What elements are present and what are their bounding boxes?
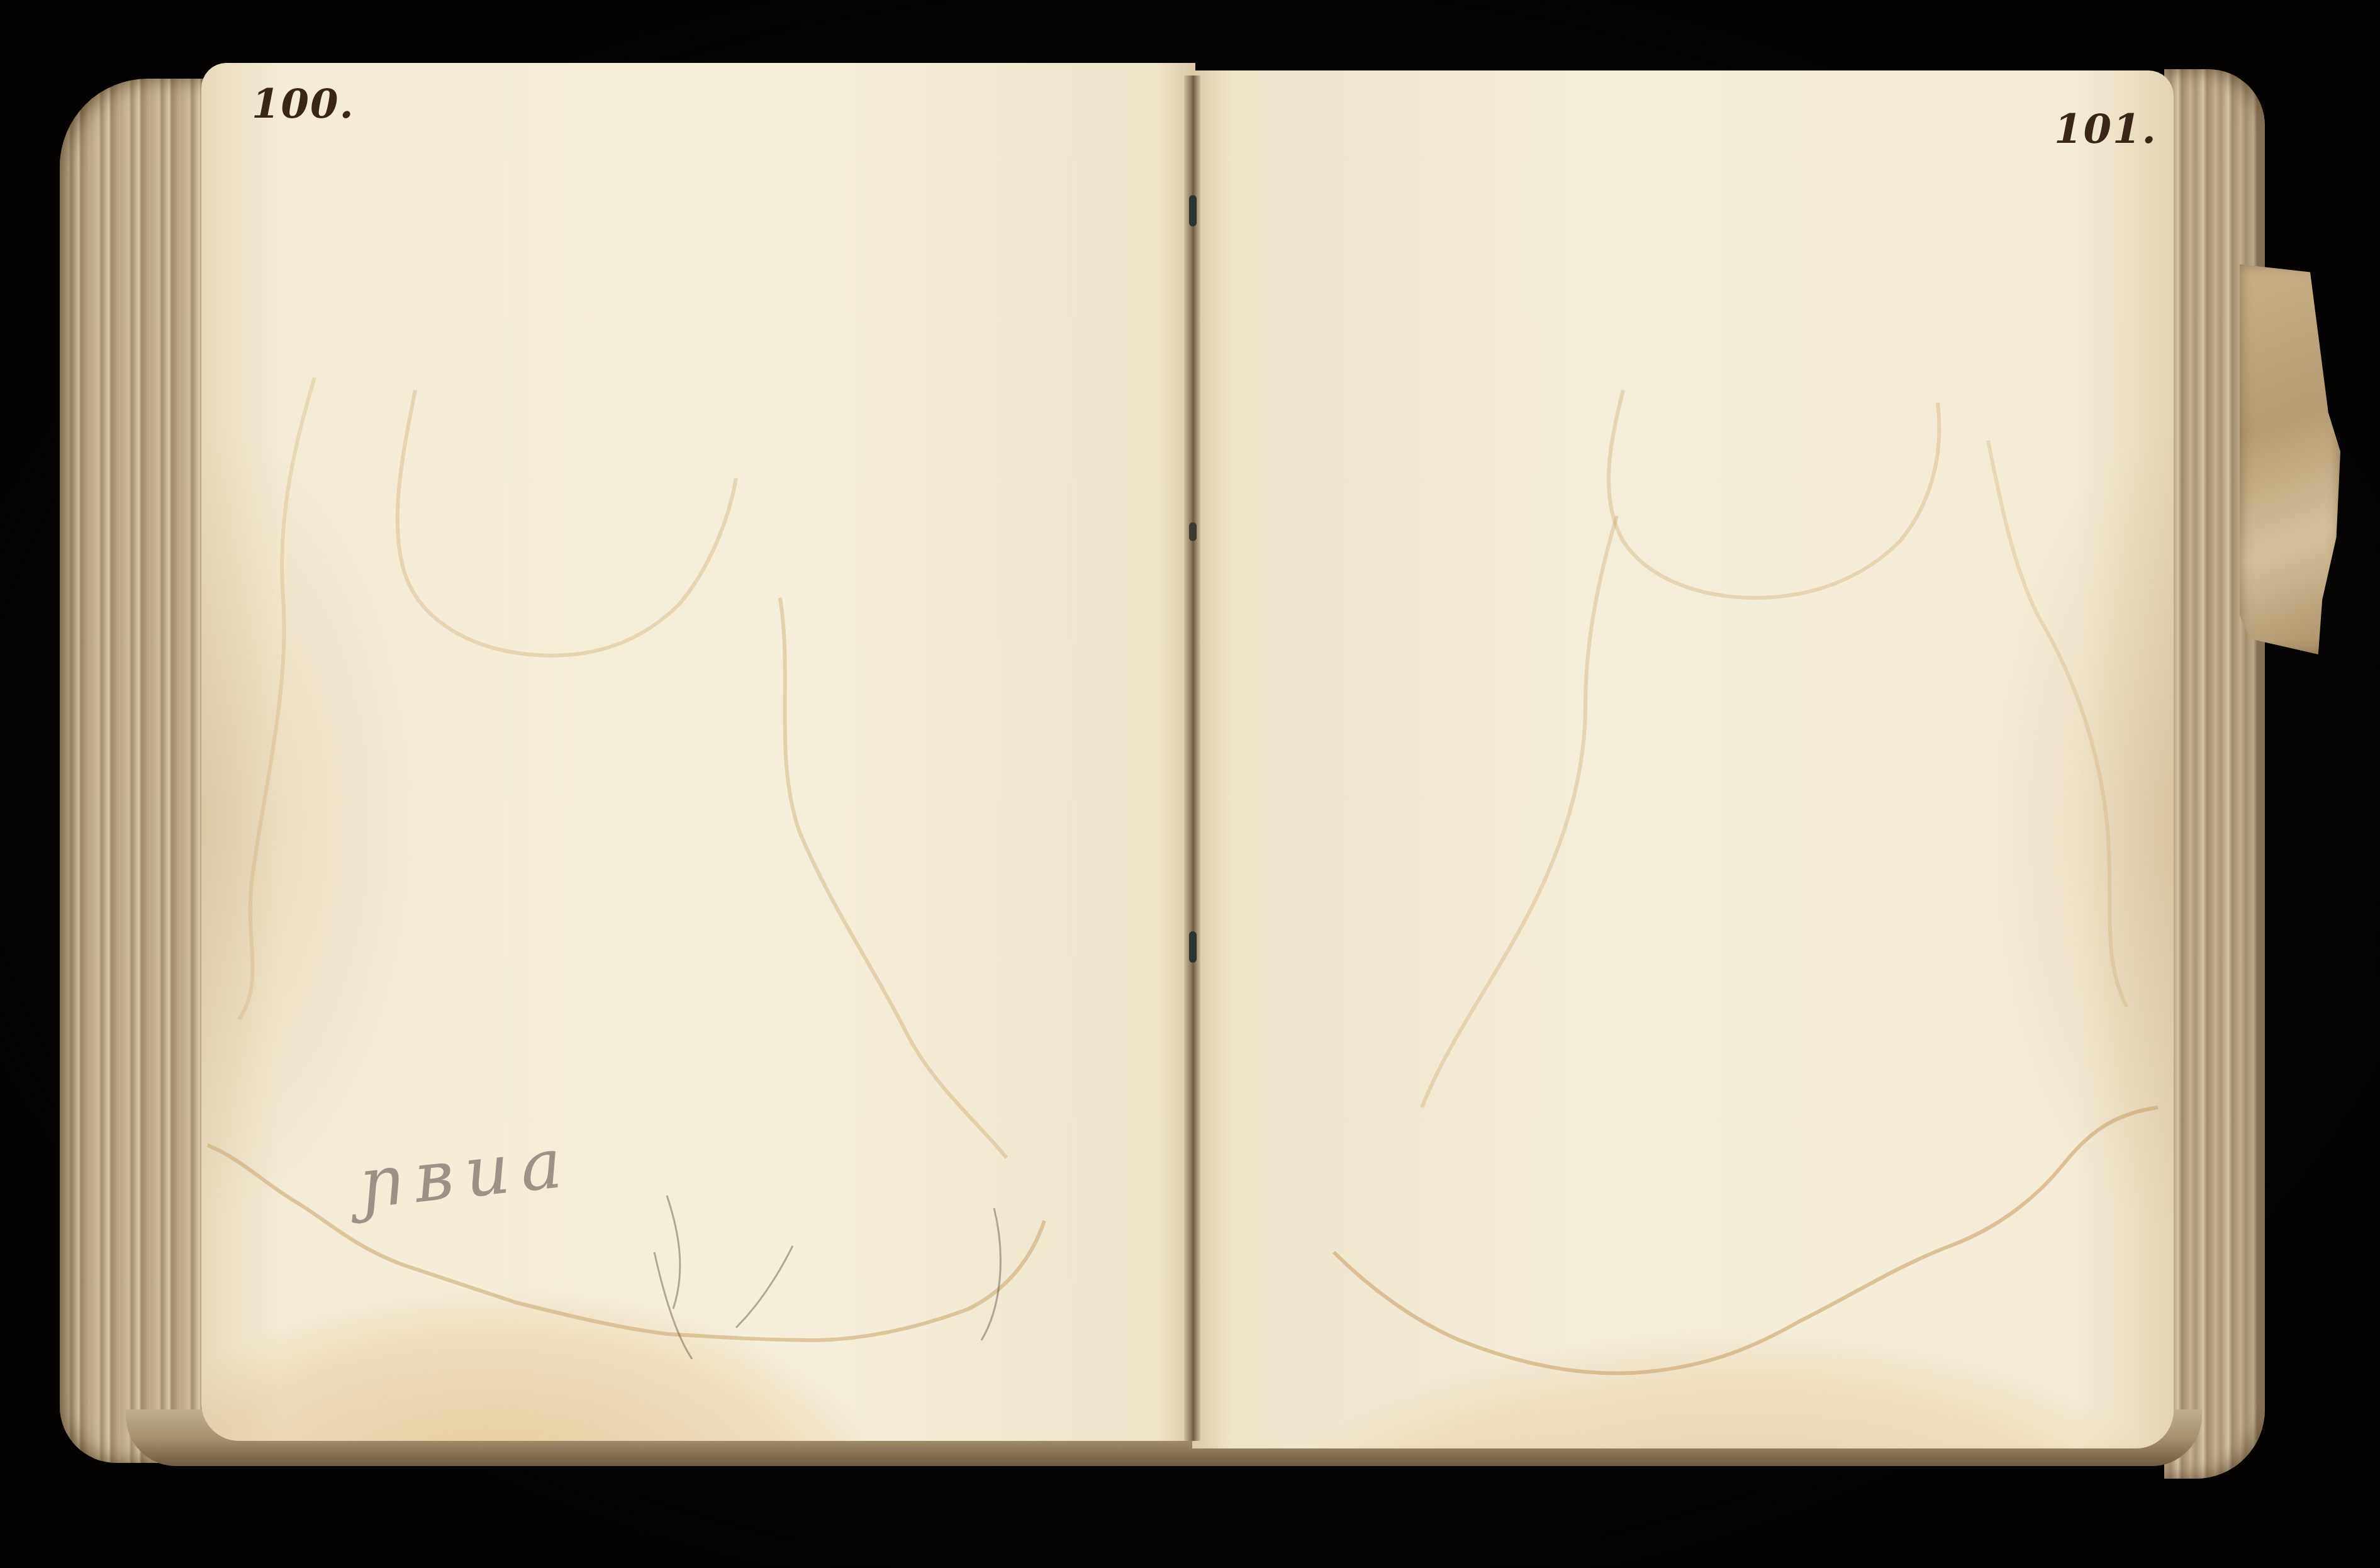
left-page-edges: [60, 79, 223, 1463]
binding-stitch: [1189, 195, 1197, 227]
right-page: [1192, 70, 2174, 1448]
left-page: [201, 63, 1195, 1441]
book-gutter: [1184, 76, 1200, 1441]
binding-stitch: [1189, 931, 1197, 963]
binding-stitch: [1189, 522, 1197, 541]
left-page-number: 100.: [252, 81, 355, 128]
right-page-number: 101.: [2054, 106, 2157, 153]
